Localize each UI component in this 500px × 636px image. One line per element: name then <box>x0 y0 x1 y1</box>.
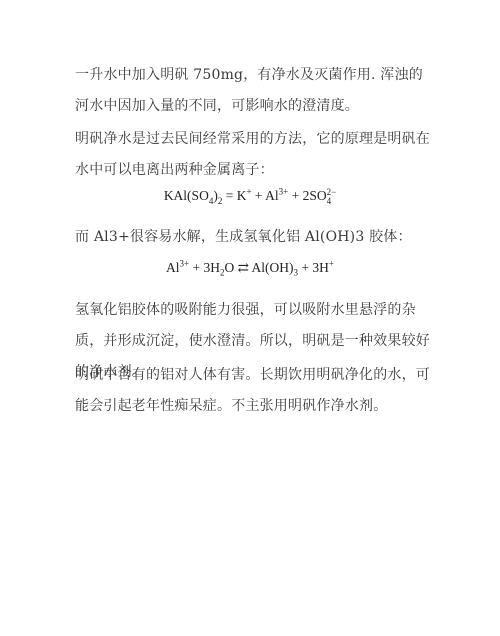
document-page: 一升水中加入明矾 750mg，有净水及灭菌作用. 浑浊的河水中因加入量的不同，可… <box>0 0 500 636</box>
paragraph-alum-principle: 明矾净水是过去民间经常采用的方法，它的原理是明矾在水中可以电离出两种金属离子： <box>75 124 435 186</box>
paragraph-hydrolysis-intro: 而 Al3+很容易水解，生成氢氧化铝 Al(OH)3 胶体： <box>75 222 435 253</box>
sulfate-charge-index: 2−4 <box>327 188 337 206</box>
paragraph-health-warning: 明矾中含有的铝对人体有害。长期饮用明矾净化的水，可能会引起老年性痴呆症。不主张用… <box>75 360 435 422</box>
equation-aluminum-hydrolysis: Al3+ + 3H2O ⇄ Al(OH)3 + 3H+ <box>0 260 500 276</box>
paragraph-alum-dosage: 一升水中加入明矾 750mg，有净水及灭菌作用. 浑浊的河水中因加入量的不同，可… <box>75 60 435 122</box>
equation-alum-ionization: KAl(SO4)2 = K+ + Al3+ + 2SO2−4 <box>0 188 500 206</box>
